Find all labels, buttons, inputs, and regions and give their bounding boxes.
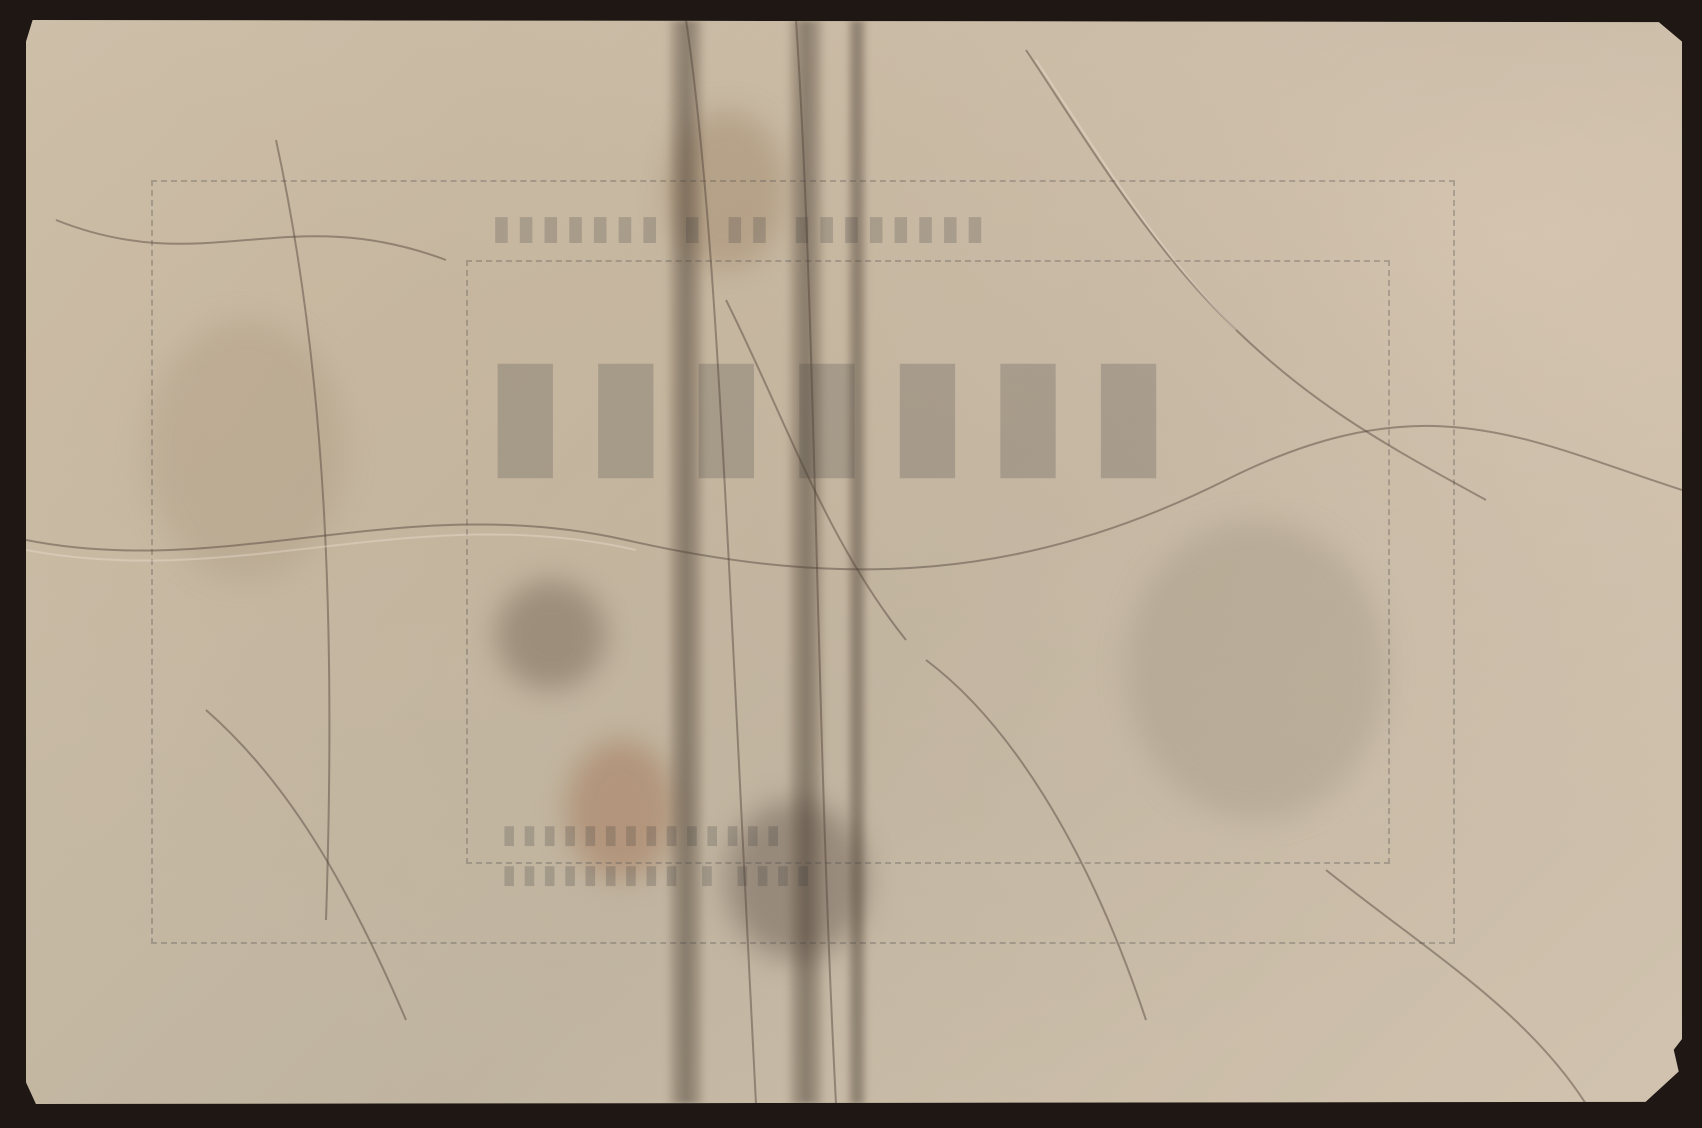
paper-cracks (26, 20, 1682, 1104)
banknote: ▮▮▮▮▮▮▮▮ ▮▮ ▮ ▮▮▮▮▮▮▮ ▮▮▮▮▮▮▮ ▮▮▮▮▮▮▮▮▮▮… (26, 20, 1682, 1104)
